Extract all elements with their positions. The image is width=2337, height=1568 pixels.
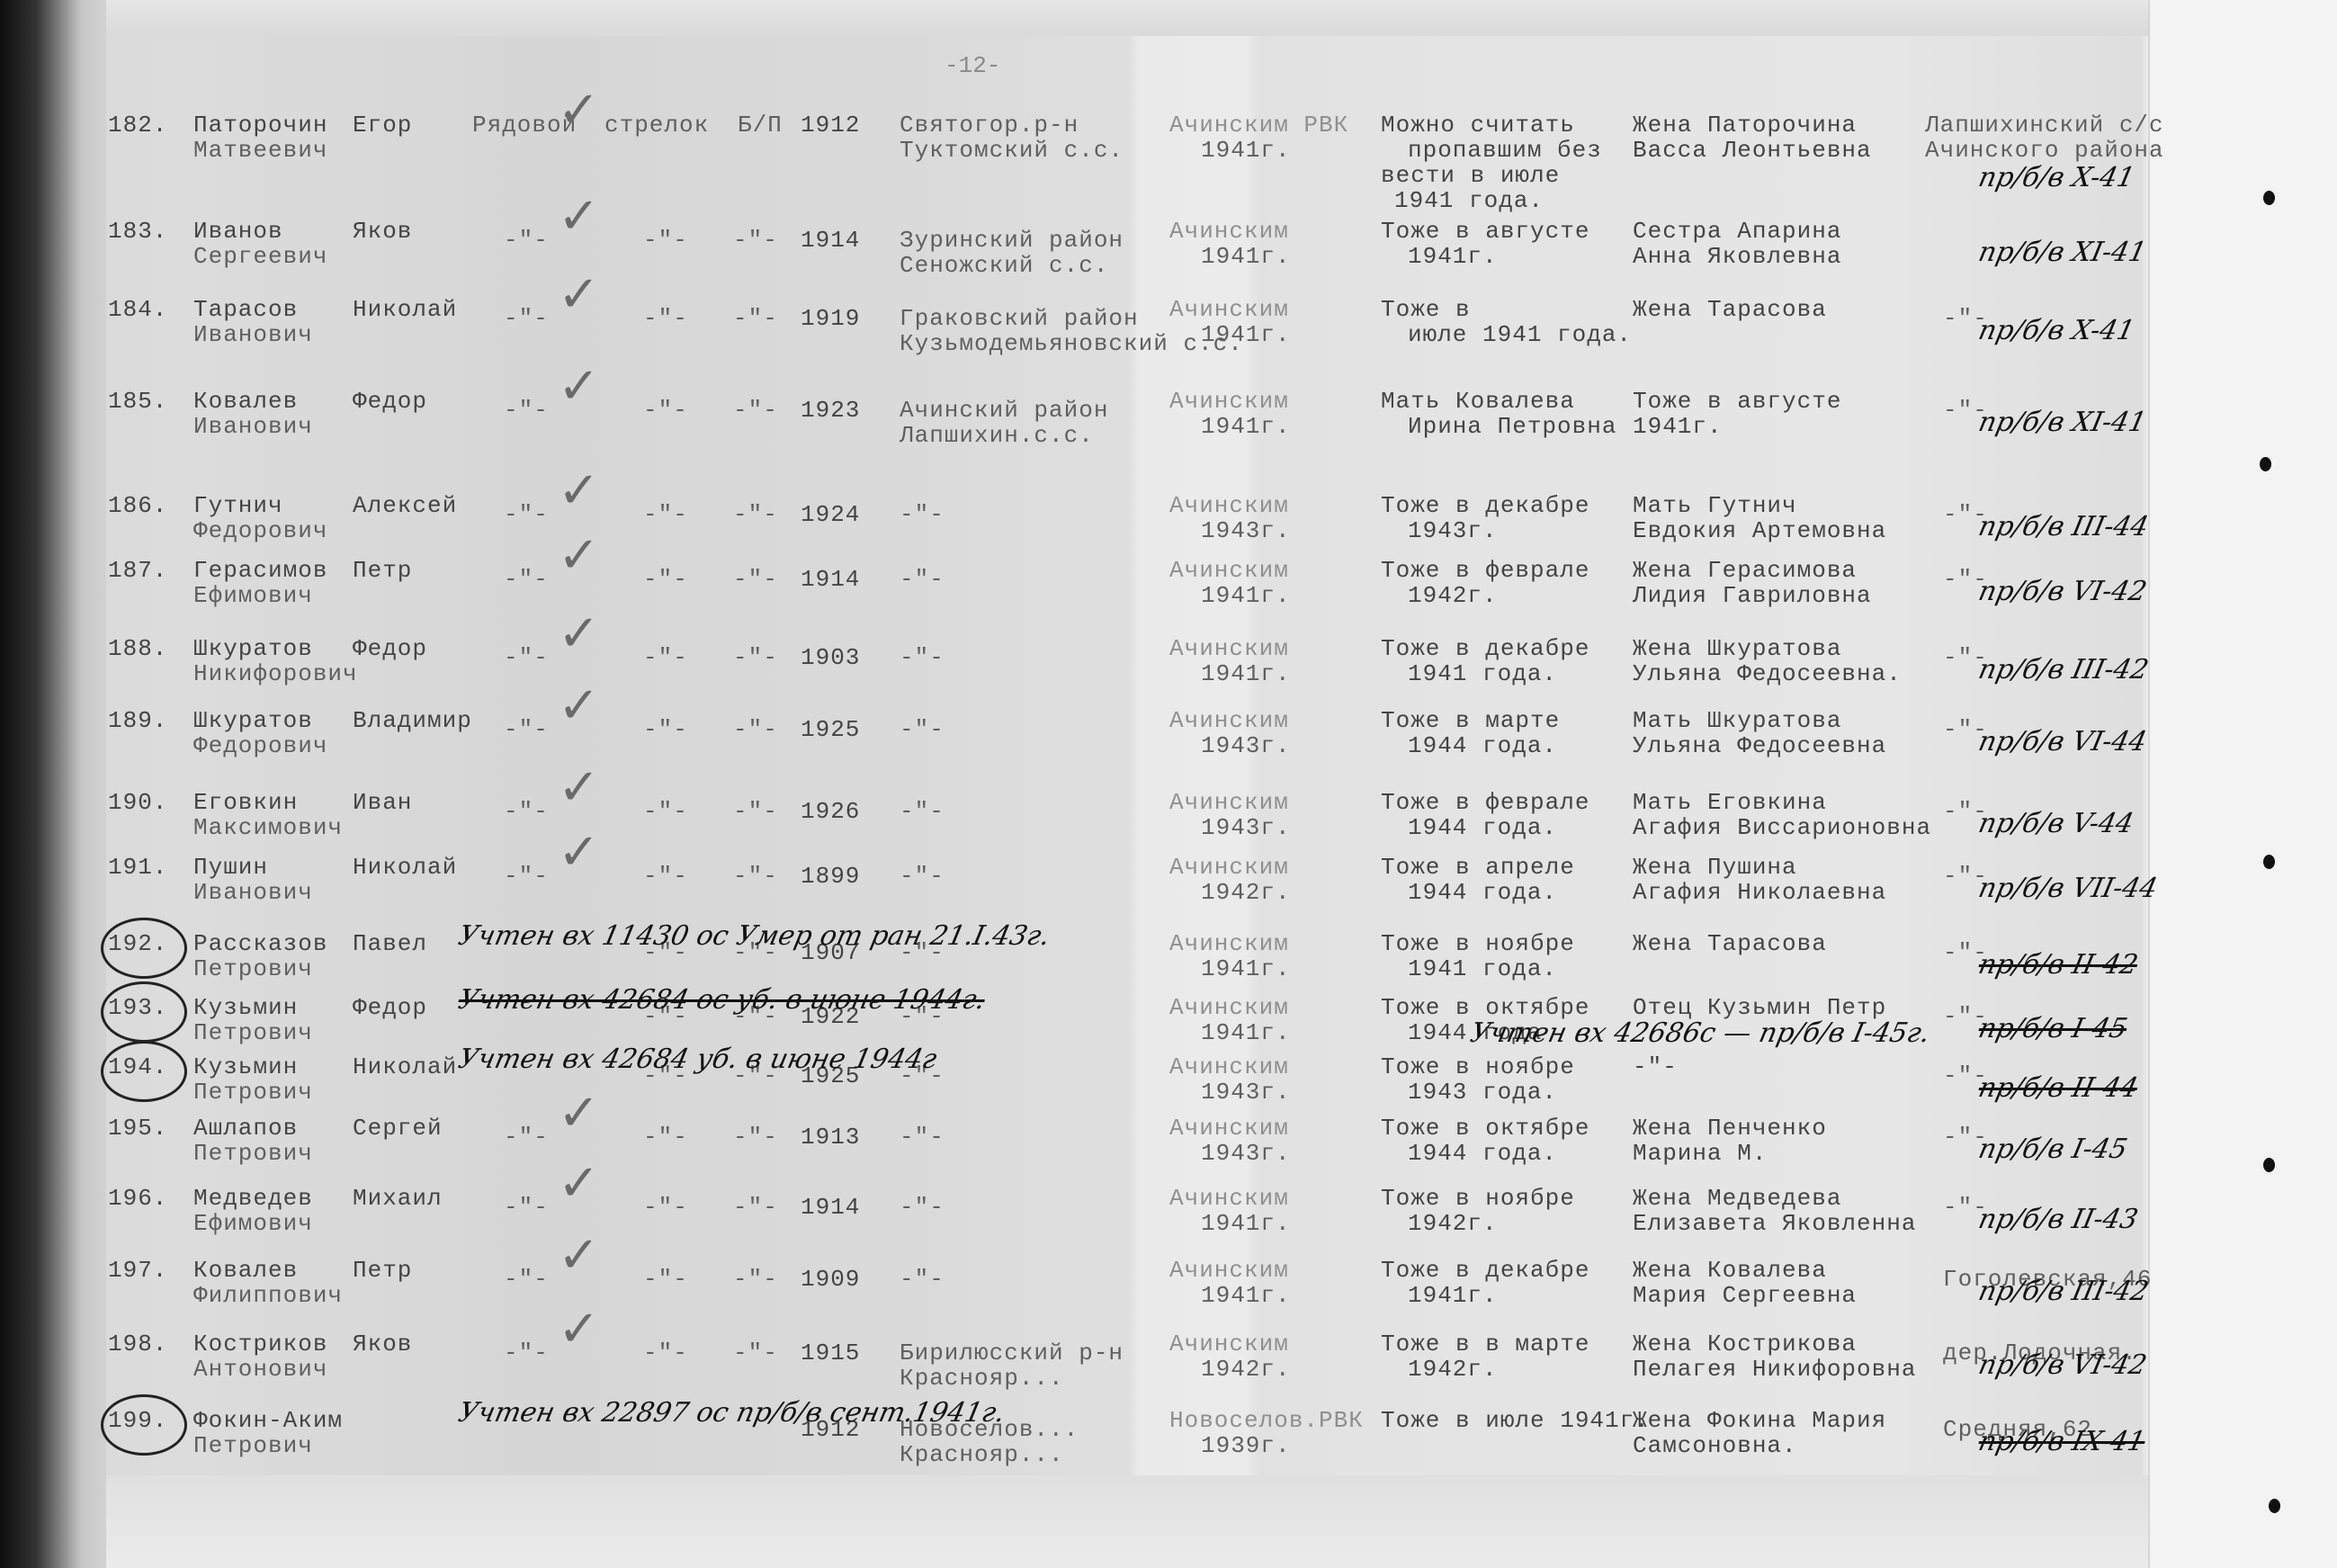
handwritten-status-note: пр/б/в VI-42 (1975, 1349, 2149, 1381)
position: -"- (643, 398, 688, 423)
next-of-kin-line2: Агафия Николаевна (1633, 880, 1886, 905)
record-number: 196. (108, 1186, 167, 1211)
status-line1: Тоже в марте (1381, 708, 1560, 733)
next-of-kin-line2: Евдокия Артемовна (1633, 518, 1886, 543)
status-line2: 1943 года. (1408, 1080, 1557, 1105)
punch-hole (2260, 457, 2271, 471)
position: -"- (643, 1340, 688, 1366)
position: -"- (643, 645, 688, 670)
draft-office: Ачинским (1169, 995, 1289, 1020)
status-line1: Тоже в в марте (1381, 1331, 1589, 1357)
birthplace-line1: -"- (900, 799, 945, 824)
birth-year: 1914 (801, 1195, 860, 1220)
record-number: 198. (108, 1331, 167, 1357)
birthplace-line1: Бирилюсский р-н (900, 1340, 1124, 1366)
birthplace-line1: -"- (900, 1195, 945, 1220)
status-line2: 1944 года. (1408, 880, 1557, 905)
birthplace-line2: Лапшихин.с.с. (900, 423, 1094, 448)
surname: Шкуратов (193, 708, 313, 733)
status-line2: июле 1941 года. (1408, 322, 1632, 347)
next-of-kin-line2: Анна Яковлевна (1633, 244, 1841, 269)
birth-year: 1899 (801, 864, 860, 889)
next-of-kin-line1: Жена Шкуратова (1633, 636, 1841, 661)
surname: Ашлапов (193, 1116, 298, 1141)
draft-office: Ачинским (1169, 219, 1289, 244)
birthplace-line2: Краснояр... (900, 1366, 1064, 1391)
handwritten-status-note: пр/б/в XI-41 (1975, 237, 2149, 268)
draft-office: Ачинским (1169, 790, 1289, 815)
status-line2: пропавшим без (1408, 138, 1602, 163)
birthplace-line1: -"- (900, 645, 945, 670)
birth-year: 1915 (801, 1340, 860, 1366)
birth-year: 1926 (801, 799, 860, 824)
first-name: Федор (353, 389, 427, 414)
patronymic: Иванович (193, 880, 313, 905)
next-of-kin-line2: Самсоновна. (1633, 1433, 1797, 1458)
party: -"- (733, 1195, 778, 1220)
patronymic: Петрович (193, 1020, 313, 1045)
draft-year: 1941г. (1201, 244, 1291, 269)
punch-hole (2263, 191, 2275, 205)
position: -"- (643, 864, 688, 889)
handwritten-status-note: пр/б/в X-41 (1975, 162, 2137, 193)
handwritten-status-note: пр/б/в VI-44 (1975, 726, 2149, 757)
surname: Фокин-Аким (193, 1408, 343, 1433)
checkmark-icon: ✓ (558, 466, 600, 516)
birthplace-line1: -"- (900, 1267, 945, 1292)
birth-year: 1914 (801, 228, 860, 253)
patronymic: Никифорович (193, 661, 358, 686)
address: Лапшихинский с/с (1925, 112, 2164, 138)
position: -"- (643, 502, 688, 527)
draft-year: 1941г. (1201, 322, 1291, 347)
first-name: Егор (353, 112, 412, 138)
next-of-kin-line1: Мать Гутнич (1633, 493, 1797, 518)
status-line1: Тоже в декабре (1381, 493, 1589, 518)
birthplace-line2: Туктомский с.с. (900, 138, 1124, 163)
next-of-kin-line1: Жена Тарасова (1633, 297, 1827, 322)
draft-year: 1939г. (1201, 1433, 1291, 1458)
checkmark-icon: ✓ (558, 362, 600, 412)
status-line2: 1944 года. (1408, 733, 1557, 758)
next-of-kin-line2: 1941г. (1633, 414, 1723, 439)
next-of-kin-line2: Васса Леонтьевна (1633, 138, 1872, 163)
party: -"- (733, 1267, 778, 1292)
status-line1: Тоже в (1381, 297, 1471, 322)
party: -"- (733, 228, 778, 253)
birthplace-line1: Ачинский район (900, 398, 1108, 423)
record-number: 184. (108, 297, 167, 322)
status-line2: 1941 года. (1408, 661, 1557, 686)
rank: -"- (504, 502, 549, 527)
draft-office: Ачинским (1169, 1116, 1289, 1141)
surname: Рассказов (193, 931, 327, 956)
status-line1: Тоже в ноябре (1381, 1054, 1575, 1080)
birthplace-line1: -"- (900, 717, 945, 742)
checkmark-icon: ✓ (558, 192, 600, 242)
scan-edge-left (0, 0, 106, 1568)
checkmark-icon: ✓ (558, 763, 600, 813)
first-name: Павел (353, 931, 427, 956)
surname: Гутнич (193, 493, 283, 518)
draft-office: Ачинским (1169, 931, 1289, 956)
first-name: Федор (353, 636, 427, 661)
surname: Ковалев (193, 389, 298, 414)
surname: Шкуратов (193, 636, 313, 661)
draft-year: 1941г. (1201, 1211, 1291, 1236)
draft-office: Ачинским (1169, 855, 1289, 880)
birth-year: 1914 (801, 567, 860, 592)
party: -"- (733, 717, 778, 742)
rank: -"- (504, 1340, 549, 1366)
handwritten-status-note: пр/б/в VII-44 (1975, 873, 2160, 904)
position: -"- (643, 306, 688, 331)
next-of-kin-line2: Ульяна Федосеевна (1633, 733, 1886, 758)
checkmark-icon: ✓ (558, 531, 600, 581)
draft-year: 1941г. (1201, 138, 1291, 163)
surname: Кузьмин (193, 1054, 298, 1080)
circled-number-mark (101, 1041, 187, 1102)
birthplace-line2: Кузьмодемьяновский с.с. (900, 331, 1243, 356)
birthplace-line1: -"- (900, 567, 945, 592)
circled-number-mark (101, 981, 187, 1043)
surname: Кузьмин (193, 995, 298, 1020)
status-line1: Тоже в декабре (1381, 1258, 1589, 1283)
handwritten-annotation: Учтен вх 11430 ос Умер от ран 21.I.43г. (455, 920, 1052, 952)
party: -"- (733, 864, 778, 889)
status-line1: Тоже в феврале (1381, 790, 1589, 815)
address-line2: Ачинского района (1925, 138, 2164, 163)
surname: Пушин (193, 855, 268, 880)
checkmark-icon: ✓ (558, 609, 600, 659)
rank: -"- (504, 306, 549, 331)
status-line4: 1941 года. (1394, 188, 1544, 213)
status-line2: Ирина Петровна (1408, 414, 1616, 439)
circled-number-mark (101, 918, 187, 979)
checkmark-icon: ✓ (558, 681, 600, 731)
patronymic: Петрович (193, 956, 313, 981)
rank: -"- (504, 799, 549, 824)
status-line2: 1944 года. (1408, 1141, 1557, 1166)
handwritten-status-note: пр/б/в X-41 (1975, 315, 2137, 346)
next-of-kin-line1: Жена Паторочина (1633, 112, 1857, 138)
birthplace-line1: -"- (900, 864, 945, 889)
first-name: Сергей (353, 1116, 443, 1141)
draft-office: Ачинским (1169, 708, 1289, 733)
first-name: Николай (353, 855, 457, 880)
draft-year: 1941г. (1201, 583, 1291, 608)
punch-hole (2263, 855, 2275, 869)
patronymic: Сергеевич (193, 244, 327, 269)
record-number: 189. (108, 708, 167, 733)
record-number: 187. (108, 558, 167, 583)
patronymic: Ефимович (193, 583, 313, 608)
handwritten-annotation: Учтен вх 42684 уб. в июне 1944г (455, 1044, 939, 1075)
position: -"- (643, 1124, 688, 1150)
birth-year: 1925 (801, 717, 860, 742)
status-line2: 1942г. (1408, 1357, 1498, 1382)
status-line2: 1941г. (1408, 1283, 1498, 1308)
status-line1: Тоже в июле 1941г. (1381, 1408, 1650, 1433)
draft-year: 1941г. (1201, 661, 1291, 686)
handwritten-annotation: Учтен вх 42684 ос уб. в июне 1944г. (455, 984, 988, 1016)
surname: Медведев (193, 1186, 313, 1211)
first-name: Алексей (353, 493, 457, 518)
document-scan: -12- 182.ПаторочинЕгорМатвеевичРядовойст… (0, 0, 2337, 1568)
next-of-kin-line2: Ульяна Федосеевна. (1633, 661, 1902, 686)
record-number: 195. (108, 1116, 167, 1141)
record-number: 186. (108, 493, 167, 518)
party: -"- (733, 1340, 778, 1366)
surname: Тарасов (193, 297, 298, 322)
next-of-kin-line1: Жена Фокина Мария (1633, 1408, 1886, 1433)
draft-year: 1943г. (1201, 1080, 1291, 1105)
handwritten-status-note: пр/б/в III-44 (1975, 511, 2151, 542)
birthplace-line2: Сеножский с.с. (900, 253, 1108, 278)
status-line1: Тоже в ноябре (1381, 1186, 1575, 1211)
birthplace-line1: Святогор.р-н (900, 112, 1079, 138)
birthplace-line1: Граковский район (900, 306, 1139, 331)
surname: Ковалев (193, 1258, 298, 1283)
birth-year: 1924 (801, 502, 860, 527)
status-line1: Тоже в ноябре (1381, 931, 1575, 956)
record-number: 183. (108, 219, 167, 244)
next-of-kin-line2: Мария Сергеевна (1633, 1283, 1857, 1308)
draft-office: Ачинским (1169, 493, 1289, 518)
checkmark-icon: ✓ (558, 270, 600, 320)
birth-year: 1912 (801, 112, 860, 138)
scan-edge-top (106, 0, 2337, 36)
checkmark-icon: ✓ (558, 1231, 600, 1281)
handwritten-status-note: пр/б/в II-44 (1975, 1072, 2141, 1104)
first-name: Владимир (353, 708, 472, 733)
position: -"- (643, 567, 688, 592)
record-number: 190. (108, 790, 167, 815)
patronymic: Матвеевич (193, 138, 327, 163)
checkmark-icon: ✓ (558, 1304, 600, 1355)
rank: -"- (504, 645, 549, 670)
checkmark-icon: ✓ (558, 85, 600, 136)
next-of-kin-line1: Сестра Апарина (1633, 219, 1841, 244)
draft-year: 1943г. (1201, 1141, 1291, 1166)
surname: Еговкин (193, 790, 298, 815)
handwritten-status-note: пр/б/в III-42 (1975, 654, 2151, 685)
punch-hole (2269, 1499, 2280, 1513)
first-name: Яков (353, 219, 412, 244)
draft-year: 1941г. (1201, 1283, 1291, 1308)
status-line1: Тоже в августе (1381, 219, 1589, 244)
rank: -"- (504, 398, 549, 423)
first-name: Николай (353, 1054, 457, 1080)
draft-year: 1943г. (1201, 518, 1291, 543)
record-number: 188. (108, 636, 167, 661)
surname: Костриков (193, 1331, 327, 1357)
scan-edge-bottom (106, 1475, 2148, 1568)
rank: -"- (504, 1124, 549, 1150)
patronymic: Ефимович (193, 1211, 313, 1236)
birthplace-line1: -"- (900, 502, 945, 527)
party: -"- (733, 306, 778, 331)
surname: Иванов (193, 219, 283, 244)
status-line2: 1944 года. (1408, 815, 1557, 840)
patronymic: Федорович (193, 518, 327, 543)
next-of-kin-line1: Мать Шкуратова (1633, 708, 1841, 733)
first-name: Федор (353, 995, 427, 1020)
checkmark-icon: ✓ (558, 1089, 600, 1139)
first-name: Николай (353, 297, 457, 322)
page-margin-right (2148, 0, 2337, 1568)
surname: Паторочин (193, 112, 327, 138)
first-name: Иван (353, 790, 412, 815)
draft-year: 1943г. (1201, 733, 1291, 758)
page-number: -12- (945, 52, 1000, 79)
status-line1: Тоже в декабре (1381, 636, 1589, 661)
record-number: 197. (108, 1258, 167, 1283)
status-line3: вести в июле (1381, 163, 1560, 188)
patronymic: Федорович (193, 733, 327, 758)
party: -"- (733, 567, 778, 592)
draft-year: 1943г. (1201, 815, 1291, 840)
draft-office: Ачинским (1169, 389, 1289, 414)
next-of-kin-line1: Мать Еговкина (1633, 790, 1827, 815)
next-of-kin-line1: Отец Кузьмин Петр (1633, 995, 1886, 1020)
patronymic: Иванович (193, 322, 313, 347)
status-line1: Тоже в апреле (1381, 855, 1575, 880)
surname: Герасимов (193, 558, 327, 583)
draft-year: 1941г. (1201, 414, 1291, 439)
draft-office: Новоселов.РВК (1169, 1408, 1364, 1433)
party: Б/П (738, 112, 783, 138)
birthplace-line1: -"- (900, 1124, 945, 1150)
birth-year: 1913 (801, 1124, 860, 1150)
birth-year: 1909 (801, 1267, 860, 1292)
status-line2: 1941г. (1408, 244, 1498, 269)
next-of-kin-line1: Жена Пушина (1633, 855, 1797, 880)
status-line1: Тоже в феврале (1381, 558, 1589, 583)
party: -"- (733, 502, 778, 527)
draft-office: Ачинским (1169, 1054, 1289, 1080)
punch-hole (2263, 1158, 2275, 1172)
record-number: 191. (108, 855, 167, 880)
draft-office: Ачинским (1169, 558, 1289, 583)
handwritten-annotation-2: Учтен вх 42686с — пр/б/в I-45г. (1467, 1017, 1932, 1049)
handwritten-status-note: пр/б/в II-43 (1975, 1204, 2141, 1235)
next-of-kin-line1: Жена Пенченко (1633, 1116, 1827, 1141)
first-name: Петр (353, 1258, 412, 1283)
next-of-kin-line2: Лидия Гавриловна (1633, 583, 1872, 608)
next-of-kin-line1: Жена Тарасова (1633, 931, 1827, 956)
first-name: Михаил (353, 1186, 443, 1211)
draft-year: 1941г. (1201, 1020, 1291, 1045)
next-of-kin-line1: Жена Кострикова (1633, 1331, 1857, 1357)
rank: -"- (504, 228, 549, 253)
status-line1: Можно считать (1381, 112, 1575, 138)
status-line2: 1941 года. (1408, 956, 1557, 981)
status-line2: 1942г. (1408, 1211, 1498, 1236)
party: -"- (733, 1124, 778, 1150)
draft-office: Ачинским (1169, 1331, 1289, 1357)
handwritten-annotation: Учтен вх 22897 ос пр/б/в сент.1941г. (455, 1397, 1007, 1429)
position: стрелок (604, 112, 709, 138)
birthplace-line2: Краснояр... (900, 1442, 1064, 1467)
draft-office: Ачинским (1169, 1186, 1289, 1211)
party: -"- (733, 799, 778, 824)
position: -"- (643, 1267, 688, 1292)
birth-year: 1903 (801, 645, 860, 670)
next-of-kin-line1: Жена Медведева (1633, 1186, 1841, 1211)
birthplace-line1: Зуринский район (900, 228, 1124, 253)
first-name: Петр (353, 558, 412, 583)
first-name: Яков (353, 1331, 412, 1357)
next-of-kin-line2: Агафия Виссарионовна (1633, 815, 1931, 840)
patronymic: Филиппович (193, 1283, 343, 1308)
status-line1: Тоже в октябре (1381, 1116, 1589, 1141)
party: -"- (733, 398, 778, 423)
next-of-kin-line2: Пелагея Никифоровна (1633, 1357, 1916, 1382)
status-line2: 1942г. (1408, 583, 1498, 608)
draft-year: 1942г. (1201, 880, 1291, 905)
draft-year: 1941г. (1201, 956, 1291, 981)
draft-office: Ачинским (1169, 1258, 1289, 1283)
patronymic: Максимович (193, 815, 343, 840)
status-line1: Мать Ковалева (1381, 389, 1575, 414)
next-of-kin-line2: Елизавета Яковленна (1633, 1211, 1916, 1236)
rank: -"- (504, 567, 549, 592)
handwritten-status-note: пр/б/в IX-41 (1975, 1426, 2148, 1457)
draft-office: Ачинским (1169, 297, 1289, 322)
next-of-kin-line1: Жена Ковалева (1633, 1258, 1827, 1283)
draft-office: Ачинским РВК (1169, 112, 1348, 138)
handwritten-status-note: пр/б/в XI-41 (1975, 407, 2149, 438)
draft-office: Ачинским (1169, 636, 1289, 661)
handwritten-status-note: пр/б/в III-42 (1975, 1276, 2151, 1307)
handwritten-status-note: пр/б/в VI-42 (1975, 576, 2149, 607)
draft-year: 1942г. (1201, 1357, 1291, 1382)
checkmark-icon: ✓ (558, 828, 600, 878)
rank: -"- (504, 1195, 549, 1220)
status-line2: 1943г. (1408, 518, 1498, 543)
patronymic: Петрович (193, 1433, 313, 1458)
patronymic: Петрович (193, 1141, 313, 1166)
next-of-kin-line1: -"- (1633, 1054, 1678, 1080)
patronymic: Петрович (193, 1080, 313, 1105)
birth-year: 1923 (801, 398, 860, 423)
next-of-kin-line1: Жена Герасимова (1633, 558, 1857, 583)
rank: -"- (504, 864, 549, 889)
handwritten-status-note: пр/б/в V-44 (1975, 808, 2136, 839)
checkmark-icon: ✓ (558, 1159, 600, 1209)
handwritten-status-note: пр/б/в I-45 (1975, 1133, 2130, 1165)
position: -"- (643, 717, 688, 742)
position: -"- (643, 1195, 688, 1220)
record-number: 185. (108, 389, 167, 414)
birth-year: 1919 (801, 306, 860, 331)
record-number: 182. (108, 112, 167, 138)
rank: -"- (504, 717, 549, 742)
patronymic: Иванович (193, 414, 313, 439)
handwritten-status-note: пр/б/в I-45 (1975, 1013, 2130, 1044)
position: -"- (643, 228, 688, 253)
status-line1: Тоже в октябре (1381, 995, 1589, 1020)
rank: -"- (504, 1267, 549, 1292)
next-of-kin-line1: Тоже в августе (1633, 389, 1841, 414)
party: -"- (733, 645, 778, 670)
next-of-kin-line2: Марина М. (1633, 1141, 1767, 1166)
handwritten-status-note: пр/б/в II-42 (1975, 949, 2141, 981)
patronymic: Антонович (193, 1357, 327, 1382)
circled-number-mark (101, 1394, 187, 1456)
position: -"- (643, 799, 688, 824)
